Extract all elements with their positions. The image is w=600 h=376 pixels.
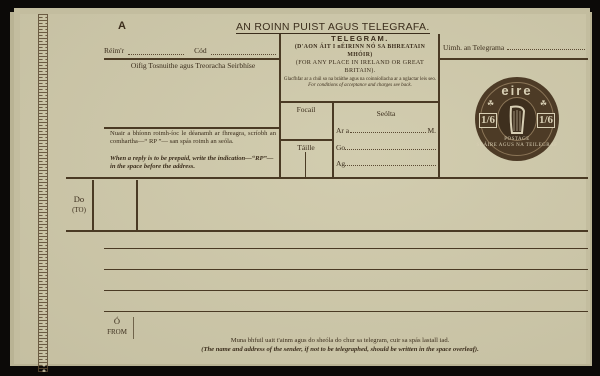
stamp-value-right: 1/6: [537, 113, 555, 128]
from-section-label: Ó FROM: [101, 316, 133, 338]
office-code-row: Réím'r Cód: [104, 46, 276, 55]
code-label: Cód: [194, 46, 207, 55]
footer-note-english: (The name and address of the sender, if …: [130, 345, 550, 354]
to-field[interactable]: [345, 149, 436, 150]
address-line[interactable]: [104, 269, 588, 270]
address-heading: Seóltа: [334, 109, 438, 118]
perforation-strip: [38, 14, 48, 372]
shamrock-icon: ☘: [487, 99, 494, 108]
address-line[interactable]: [104, 311, 588, 312]
stamp-country: eire: [475, 83, 559, 98]
code-field[interactable]: [211, 46, 276, 55]
footer-note-irish: Muna bhfuil uait t'ainm agus do sheóla d…: [130, 336, 550, 345]
divider: [104, 127, 279, 129]
reply-note-english: When a reply is to be prepaid, write the…: [110, 155, 276, 171]
address-line[interactable]: [104, 248, 588, 249]
date-field[interactable]: [345, 165, 436, 166]
form-letter: A: [118, 20, 126, 32]
divider: [66, 230, 588, 232]
to-section-label: Do (TO): [66, 194, 92, 216]
at-field[interactable]: [350, 132, 426, 133]
subtitle-irish: (D'AON ÁIT I nÉIRINN NÓ SA BHREATAIN MHÓ…: [282, 43, 438, 59]
words-label: Focail: [280, 105, 332, 114]
divider: [438, 58, 588, 60]
divider: [280, 139, 332, 141]
conditions-english: For conditions of acceptance and charges…: [282, 83, 438, 89]
divider: [280, 101, 438, 103]
telegram-number-label: Uimh. an Telegrama: [443, 43, 504, 52]
to-label: Go: [336, 143, 345, 152]
telegram-number-field[interactable]: [507, 49, 585, 50]
department-title: AN ROINN PUIST AGUS TELEGRAFA.: [236, 21, 430, 34]
telegram-title: TELEGRAM.: [282, 35, 438, 43]
from-label-english: FROM: [101, 327, 133, 338]
telegram-heading: TELEGRAM. (D'AON ÁIT I nÉIRINN NÓ SA BHR…: [282, 35, 438, 89]
divider: [92, 180, 94, 230]
at-label: Ar a: [336, 126, 349, 135]
at-row: Ar a M.: [336, 126, 436, 135]
service-instructions-label: Oifig Tosnuithe agus Treoracha Seirbhíse: [108, 61, 278, 70]
divider: [66, 177, 588, 179]
divider: [438, 34, 440, 177]
to-label-irish: Do: [66, 194, 92, 205]
to-label-english: (TO): [66, 205, 92, 216]
date-label: Ag: [336, 159, 345, 168]
shamrock-icon: ☘: [540, 99, 547, 108]
recipient-name-field[interactable]: [138, 182, 586, 228]
telegram-number-row: Uimh. an Telegrama: [443, 43, 585, 52]
address-line[interactable]: [104, 290, 588, 291]
divider: [104, 58, 279, 60]
charges-label: Táille: [280, 143, 332, 152]
to-row: Go: [336, 143, 436, 152]
reply-note-irish: Nuair a bhíonn roimh-íoc le déanamh ar f…: [110, 130, 276, 146]
stamp-bottom-text: POSTAGE SCÁIRE AGUS NA TEILEGRAF: [475, 137, 559, 149]
postage-stamp: eire ☘ ☘ 1/6 1/6 POSTAGE SCÁIRE AGUS NA …: [475, 77, 559, 161]
office-label: Réím'r: [104, 46, 124, 55]
harp-icon: [508, 105, 526, 135]
footer-note: Muna bhfuil uait t'ainm agus do sheóla d…: [130, 336, 550, 354]
subtitle-english: (FOR ANY PLACE IN IRELAND OR GREAT BRITA…: [282, 59, 438, 75]
office-field[interactable]: [128, 46, 184, 55]
date-row: Ag: [336, 159, 436, 168]
from-label-irish: Ó: [101, 316, 133, 327]
divider: [305, 152, 306, 177]
stamp-value-left: 1/6: [479, 113, 497, 128]
at-suffix: M.: [427, 126, 436, 135]
